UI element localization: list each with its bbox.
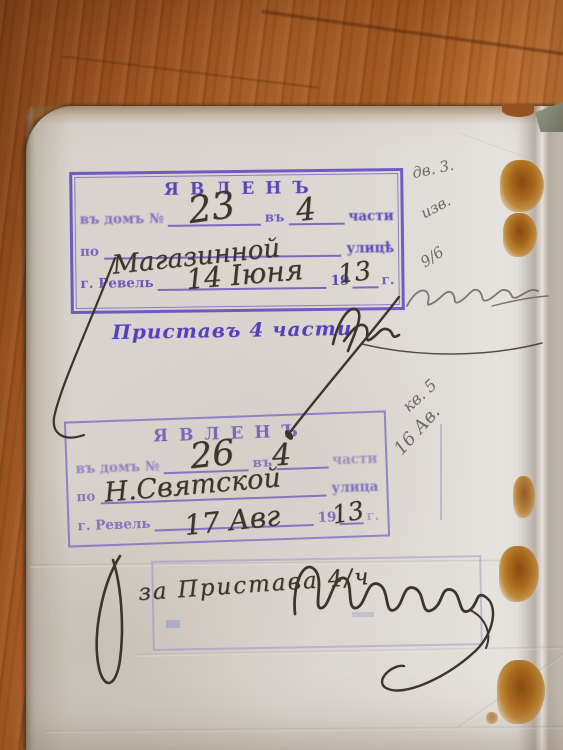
city-label: г. Ревель: [77, 516, 151, 535]
page-top-edge-stain: [26, 106, 563, 124]
year-suffix: г.: [381, 272, 394, 288]
ghost-stamp-mark: [352, 612, 374, 617]
part-label: части: [332, 451, 378, 469]
street-prefix: по: [80, 244, 99, 260]
handwritten-year-1: 13: [336, 256, 373, 290]
stamp-header: ЯВЛЕНЪ: [69, 177, 403, 201]
photo-of-document: ЯВЛЕНЪ въ домъ № въ части по улицѣ г. Ре…: [0, 0, 563, 750]
handwritten-house-no-1: 23: [185, 183, 238, 232]
street-prefix: по: [76, 489, 95, 506]
handwritten-part-no-1: 4: [294, 191, 317, 229]
part-label: части: [348, 208, 393, 225]
page-top-notch: [502, 104, 534, 117]
street-suffix: улица: [331, 479, 378, 497]
year-suffix: г.: [366, 508, 380, 524]
horizontal-crease: [46, 726, 563, 734]
handwritten-year-2: 13: [330, 495, 366, 529]
pristav-caption: Приставъ 4 части: [112, 316, 353, 344]
ghost-stamp-mark: [166, 620, 180, 628]
in-label: въ: [265, 209, 285, 225]
ghost-stamp-line: [440, 424, 444, 520]
street-suffix: улицѣ: [346, 240, 394, 257]
house-label: въ домъ №: [80, 211, 164, 228]
page-left-edge: [26, 106, 35, 750]
